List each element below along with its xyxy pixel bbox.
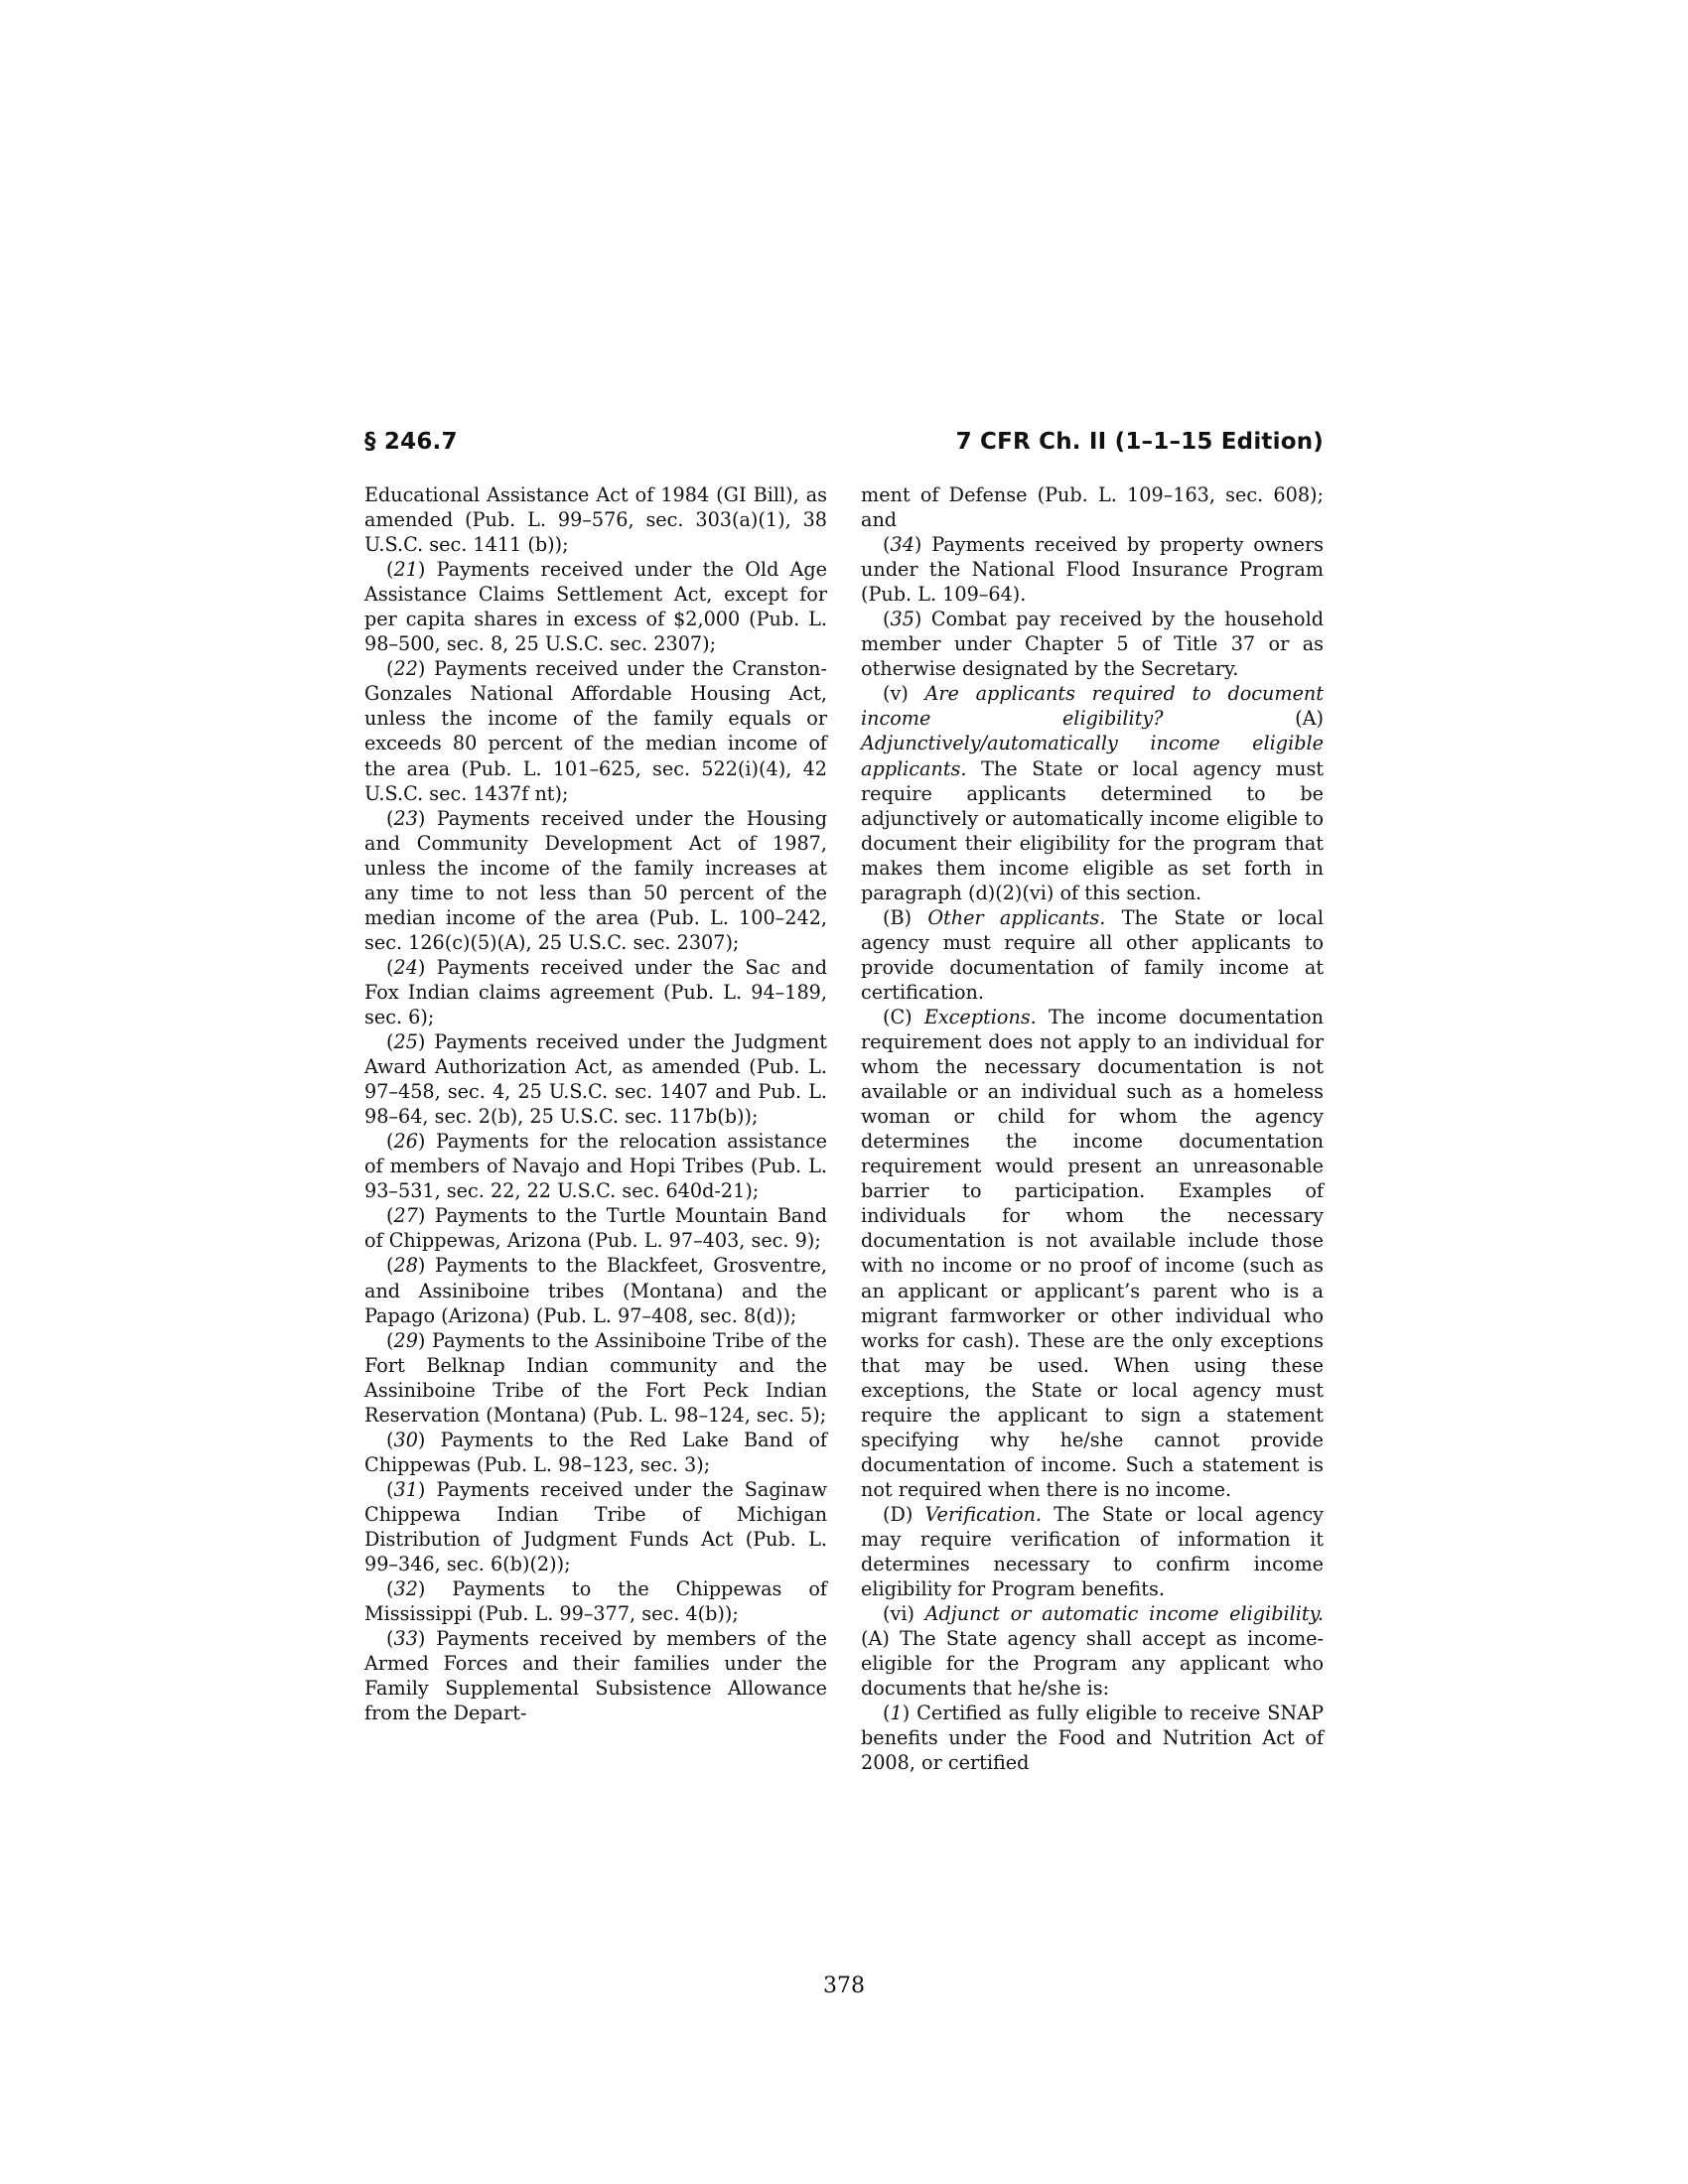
- paragraph-31: (31) Payments received under the Saginaw…: [364, 1477, 827, 1576]
- cfr-citation-header: 7 CFR Ch. II (1–1–15 Edition): [956, 429, 1324, 455]
- paragraph-v-b: (B) Other applicants. The State or local…: [861, 905, 1324, 1005]
- paragraph-vi-1: (1) Certified as fully eligible to recei…: [861, 1701, 1324, 1775]
- left-column: Educational Assistance Act of 1984 (GI B…: [364, 482, 827, 1725]
- paragraph-continuation: Educational Assistance Act of 1984 (GI B…: [364, 482, 827, 557]
- paragraph-25: (25) Payments received under the Judgmen…: [364, 1029, 827, 1129]
- paragraph-vi-adjunct: (vi) Adjunct or automatic income eligibi…: [861, 1601, 1324, 1701]
- paragraph-v-c-exceptions: (C) Exceptions. The income documentation…: [861, 1005, 1324, 1502]
- paragraph-21: (21) Payments received under the Old Age…: [364, 557, 827, 656]
- paragraph-27: (27) Payments to the Turtle Mountain Ban…: [364, 1203, 827, 1253]
- paragraph-v-documentation: (v) Are applicants required to document …: [861, 681, 1324, 904]
- paragraph-33: (33) Payments received by members of the…: [364, 1626, 827, 1725]
- paragraph-22: (22) Payments received under the Cransto…: [364, 656, 827, 805]
- paragraph-32: (32) Payments to the Chippewas of Missis…: [364, 1576, 827, 1626]
- right-column: ment of Defense (Pub. L. 109–163, sec. 6…: [861, 482, 1324, 1775]
- paragraph-34: (34) Payments received by property owner…: [861, 532, 1324, 607]
- page-number: 378: [0, 1974, 1688, 1998]
- paragraph-23: (23) Payments received under the Housing…: [364, 806, 827, 955]
- section-number: § 246.7: [364, 429, 458, 455]
- paragraph-29: (29) Payments to the Assiniboine Tribe o…: [364, 1328, 827, 1428]
- heading-v: Are applicants required to document inco…: [861, 682, 1324, 730]
- paragraph-30: (30) Payments to the Red Lake Band of Ch…: [364, 1428, 827, 1477]
- paragraph-28: (28) Payments to the Blackfeet, Grosvent…: [364, 1253, 827, 1327]
- paragraph-24: (24) Payments received under the Sac and…: [364, 955, 827, 1029]
- paragraph-33-continuation: ment of Defense (Pub. L. 109–163, sec. 6…: [861, 482, 1324, 532]
- paragraph-26: (26) Payments for the relocation assista…: [364, 1129, 827, 1203]
- paragraph-v-d-verification: (D) Verification. The State or local age…: [861, 1502, 1324, 1601]
- paragraph-35: (35) Combat pay received by the househol…: [861, 607, 1324, 681]
